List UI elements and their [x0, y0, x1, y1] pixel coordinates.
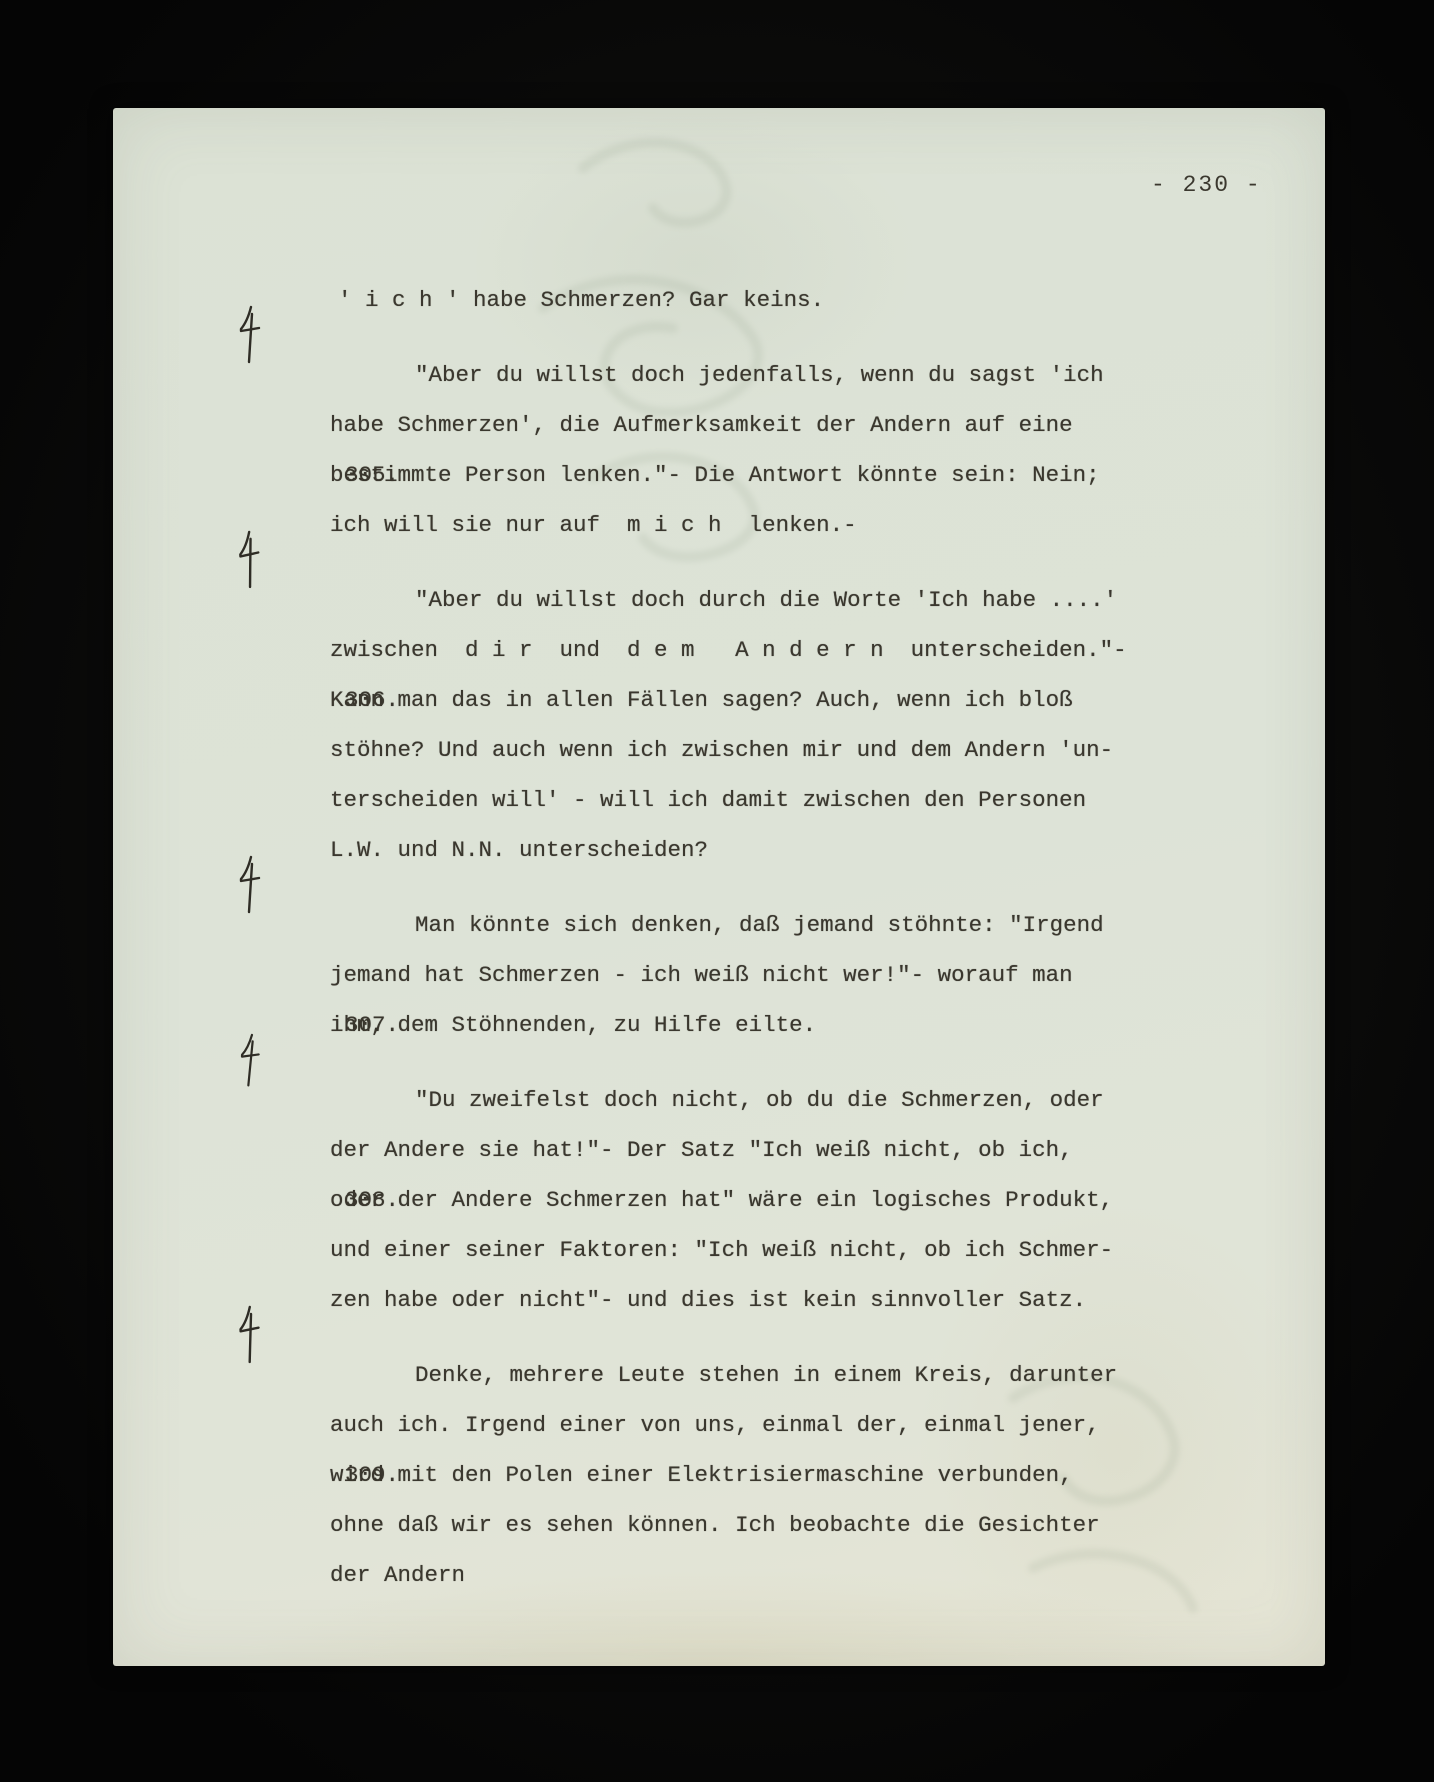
text-line: wird mit den Polen einer Elektrisiermasc… [330, 1450, 1230, 1500]
paragraph-text: Denke, mehrere Leute stehen in einem Kre… [330, 1350, 1230, 1600]
struck-digit: 3 [345, 450, 359, 500]
text-line: "Aber du willst doch jedenfalls, wenn du… [330, 350, 1230, 400]
paragraph-number: 4 309. [237, 1350, 399, 1400]
text-line: stöhne? Und auch wenn ich zwischen mir u… [330, 725, 1230, 775]
text-line: auch ich. Irgend einer von uns, einmal d… [330, 1400, 1230, 1450]
text-line: terscheiden will' - will ich damit zwisc… [330, 775, 1230, 825]
scan-background: { "doc": { "page_number": "- 230 -", "in… [0, 0, 1434, 1782]
paragraph-number: 4 308. [237, 1075, 399, 1125]
page-number: - 230 - [1151, 172, 1262, 198]
document-page: - 230 - ' i c h ' habe Schmerzen? Gar ke… [113, 108, 1325, 1666]
text-line: ohne daß wir es sehen können. Ich beobac… [330, 1500, 1230, 1550]
handwritten-4-mark: 4 [234, 854, 264, 930]
intro-remark: ' i c h ' habe Schmerzen? Gar keins. [330, 275, 1230, 325]
paragraph-text: "Du zweifelst doch nicht, ob du die Schm… [330, 1075, 1230, 1325]
text-line: und einer seiner Faktoren: "Ich weiß nic… [330, 1225, 1230, 1275]
paragraph-text: "Aber du willst doch jedenfalls, wenn du… [330, 350, 1230, 550]
number-rest: 08. [359, 1187, 400, 1213]
text-line: oder der Andere Schmerzen hat" wäre ein … [330, 1175, 1230, 1225]
paragraph-text: Man könnte sich denken, daß jemand stöhn… [330, 900, 1230, 1050]
text-line: jemand hat Schmerzen - ich weiß nicht we… [330, 950, 1230, 1000]
number-rest: 09. [359, 1462, 400, 1488]
text-line: zen habe oder nicht"- und dies ist kein … [330, 1275, 1230, 1325]
struck-digit: 3 [345, 675, 359, 725]
text-line: ' i c h ' habe Schmerzen? Gar keins. [330, 275, 1230, 325]
number-rest: 06. [359, 687, 400, 713]
text-line: L.W. und N.N. unterscheiden? [330, 825, 1230, 875]
handwritten-4-mark: 4 [234, 1029, 264, 1105]
text-line: ihm, dem Stöhnenden, zu Hilfe eilte. [330, 1000, 1230, 1050]
text-line: ich will sie nur auf m i c h lenken.- [330, 500, 1230, 550]
text-line: habe Schmerzen', die Aufmerksamkeit der … [330, 400, 1230, 450]
text-line: der Andere sie hat!"- Der Satz "Ich weiß… [330, 1125, 1230, 1175]
text-line: bestimmte Person lenken."- Die Antwort k… [330, 450, 1230, 500]
handwritten-4-mark: 4 [234, 529, 264, 605]
paragraph-number: 4 307. [237, 900, 399, 950]
struck-digit: 3 [345, 1175, 359, 1225]
typed-text-block: ' i c h ' habe Schmerzen? Gar keins. 4 3… [330, 275, 1230, 1600]
paragraph-308: 4 308. "Du zweifelst doch nicht, ob du d… [330, 1075, 1230, 1325]
text-line: Kann man das in allen Fällen sagen? Auch… [330, 675, 1230, 725]
paragraph-305: 4 305. "Aber du willst doch jedenfalls, … [330, 350, 1230, 550]
handwritten-4-mark: 4 [234, 1304, 264, 1380]
text-line: "Du zweifelst doch nicht, ob du die Schm… [330, 1075, 1230, 1125]
struck-digit: 3 [345, 1450, 359, 1500]
paragraph-number: 4 306. [237, 575, 399, 625]
text-line: "Aber du willst doch durch die Worte 'Ic… [330, 575, 1230, 625]
paragraph-306: 4 306. "Aber du willst doch durch die Wo… [330, 575, 1230, 875]
struck-digit: 3 [345, 1000, 359, 1050]
paragraph-number: 4 305. [237, 350, 399, 400]
handwritten-4-mark: 4 [234, 304, 264, 380]
paragraph-text: "Aber du willst doch durch die Worte 'Ic… [330, 575, 1230, 875]
number-rest: 07. [359, 1012, 400, 1038]
number-rest: 05. [359, 462, 400, 488]
text-line: der Andern [330, 1550, 1230, 1600]
paragraph-309: 4 309. Denke, mehrere Leute stehen in ei… [330, 1350, 1230, 1600]
text-line: Man könnte sich denken, daß jemand stöhn… [330, 900, 1230, 950]
text-line: zwischen d i r und d e m A n d e r n unt… [330, 625, 1230, 675]
paragraph-307: 4 307. Man könnte sich denken, daß jeman… [330, 900, 1230, 1050]
text-line: Denke, mehrere Leute stehen in einem Kre… [330, 1350, 1230, 1400]
